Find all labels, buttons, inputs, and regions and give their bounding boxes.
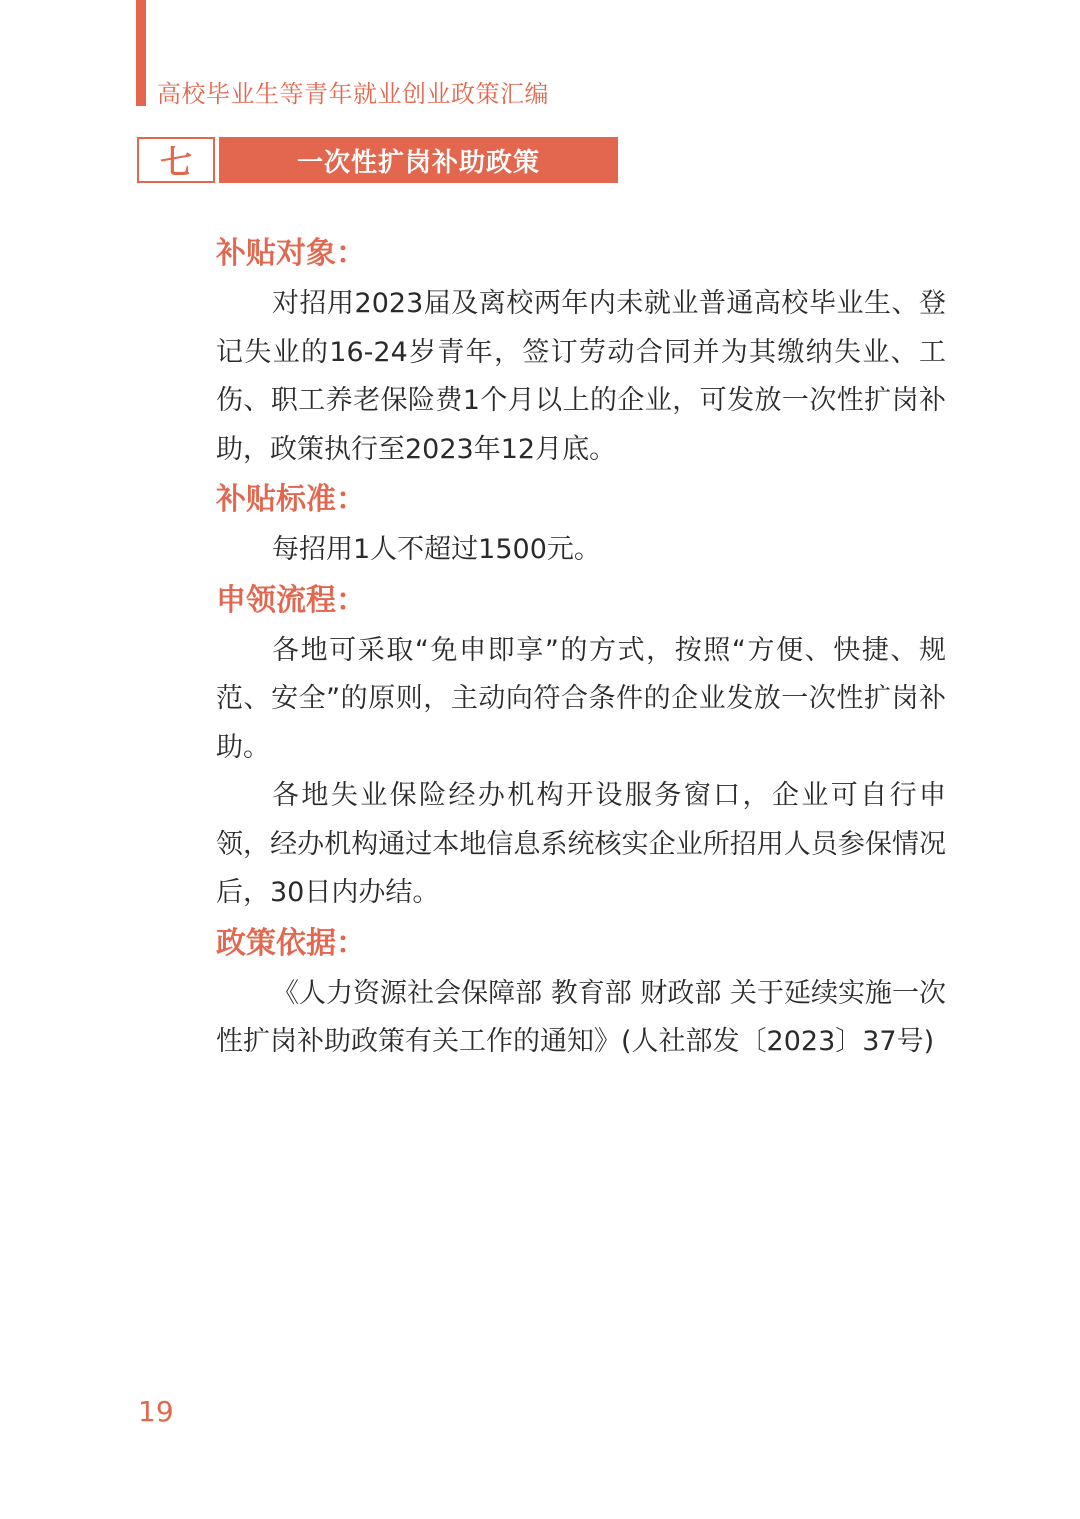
page-number: 19 — [138, 1395, 174, 1428]
block-paragraph: 各地可采取“免申即享”的方式，按照“方便、快捷、规范、安全”的原则，主动向符合条… — [216, 627, 946, 773]
block-paragraph: 各地失业保险经办机构开设服务窗口，企业可自行申领，经办机构通过本地信息系统核实企… — [216, 772, 946, 918]
policy-content: 补贴对象： 对招用2023届及离校两年内未就业普通高校毕业生、登记失业的16-2… — [216, 228, 946, 1067]
section-heading: 七 一次性扩岗补助政策 — [137, 137, 618, 183]
section-title: 一次性扩岗补助政策 — [219, 137, 618, 183]
block-subsidy-standard: 补贴标准： 每招用1人不超过1500元。 — [216, 474, 946, 575]
block-policy-basis: 政策依据： 《人力资源社会保障部 教育部 财政部 关于延续实施一次性扩岗补助政策… — [216, 918, 946, 1067]
block-subsidy-target: 补贴对象： 对招用2023届及离校两年内未就业普通高校毕业生、登记失业的16-2… — [216, 228, 946, 474]
block-paragraph: 对招用2023届及离校两年内未就业普通高校毕业生、登记失业的16-24岁青年，签… — [216, 280, 946, 474]
block-heading: 补贴对象： — [216, 228, 946, 280]
block-paragraph: 《人力资源社会保障部 教育部 财政部 关于延续实施一次性扩岗补助政策有关工作的通… — [216, 970, 946, 1067]
header-accent-bar — [136, 0, 146, 106]
block-heading: 申领流程： — [216, 575, 946, 627]
block-paragraph: 每招用1人不超过1500元。 — [216, 526, 946, 575]
block-heading: 政策依据： — [216, 918, 946, 970]
block-application-process: 申领流程： 各地可采取“免申即享”的方式，按照“方便、快捷、规范、安全”的原则，… — [216, 575, 946, 918]
running-header-title: 高校毕业生等青年就业创业政策汇编 — [157, 74, 549, 109]
block-heading: 补贴标准： — [216, 474, 946, 526]
section-number: 七 — [137, 137, 215, 183]
